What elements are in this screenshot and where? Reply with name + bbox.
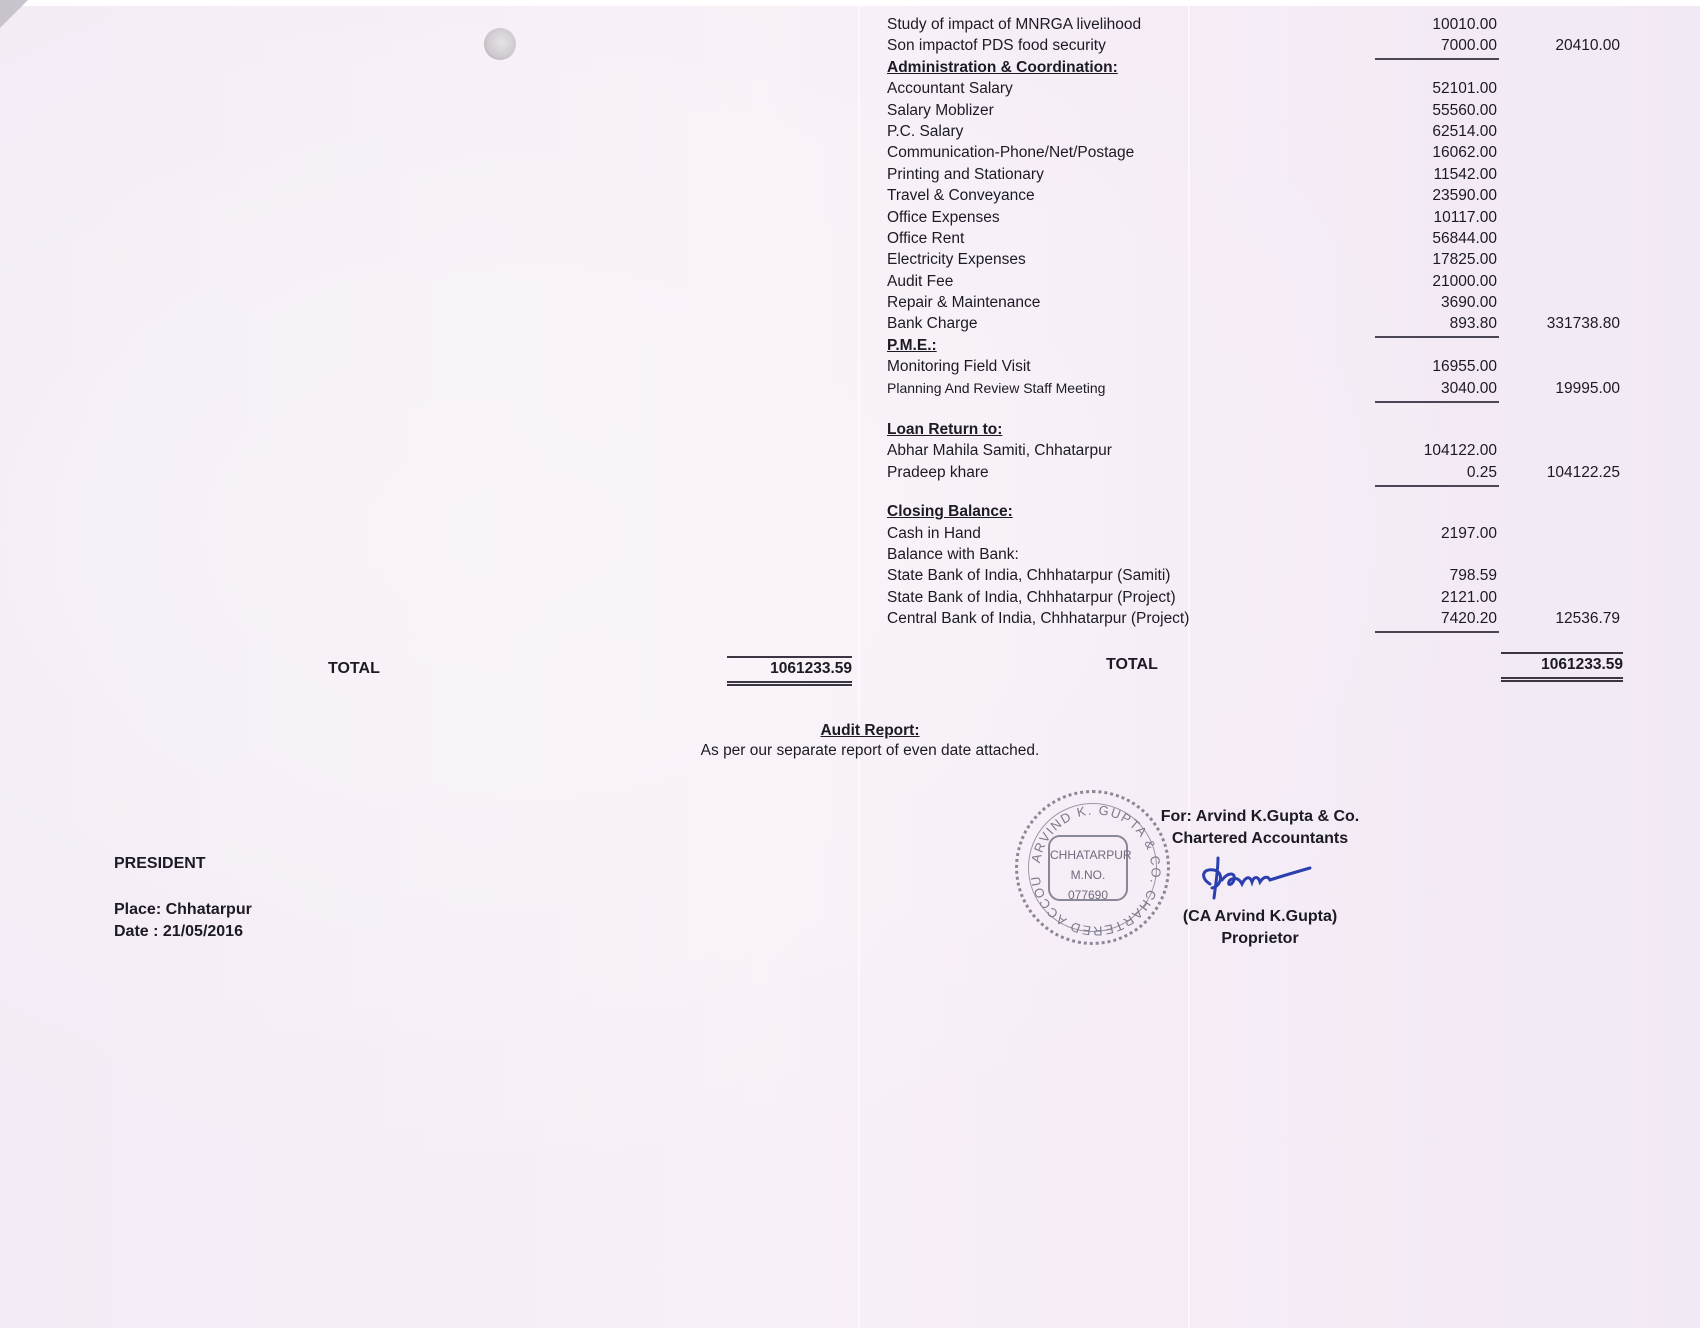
expenditure-ledger: Study of impact of MNRGA livelihood10010…: [887, 14, 1647, 630]
firm-name: For: Arvind K.Gupta & Co.: [1150, 806, 1370, 828]
row-label: P.C. Salary: [887, 121, 963, 142]
ledger-row: Study of impact of MNRGA livelihood10010…: [887, 14, 1647, 35]
seal-city: CHHATARPUR: [1050, 845, 1126, 865]
row-subtotal: 12536.79: [1555, 608, 1620, 629]
auditor-seal-icon: ARVIND K. GUPTA & CO. CHARTERED ACCOUNTA…: [1015, 790, 1170, 945]
ledger-row: P.C. Salary62514.00: [887, 121, 1647, 142]
ledger-row: State Bank of India, Chhhatarpur (Projec…: [887, 587, 1647, 608]
seal-member-number: M.NO. 077690: [1050, 865, 1126, 905]
signature-icon: [1150, 850, 1370, 906]
auditor-name: (CA Arvind K.Gupta): [1150, 906, 1370, 928]
row-amount: 0.25: [1467, 462, 1497, 483]
ledger-row: Planning And Review Staff Meeting3040.00…: [887, 378, 1647, 399]
row-amount: 11542.00: [1434, 164, 1498, 185]
ledger-row: Son impactof PDS food security7000.00204…: [887, 35, 1647, 56]
auditor-role: Proprietor: [1150, 928, 1370, 950]
row-amount: 893.80: [1450, 313, 1497, 334]
spacer: [887, 399, 1647, 419]
row-label: Cash in Hand: [887, 523, 981, 544]
audit-report-title: Audit Report:: [560, 722, 1180, 740]
page-bottom-edge: [0, 1328, 1700, 1333]
row-amount: 3040.00: [1441, 378, 1497, 399]
row-label: Monitoring Field Visit: [887, 356, 1031, 377]
row-amount: 10010.00: [1432, 14, 1497, 35]
row-label: Accountant Salary: [887, 78, 1013, 99]
row-amount: 2197.00: [1441, 523, 1497, 544]
place-text: Place: Chhatarpur: [114, 899, 252, 921]
spacer: [887, 483, 1647, 501]
row-label: Office Rent: [887, 228, 964, 249]
row-label: Central Bank of India, Chhhatarpur (Proj…: [887, 608, 1189, 629]
row-amount: 62514.00: [1432, 121, 1497, 142]
row-amount: 2121.00: [1441, 587, 1497, 608]
section-title: Loan Return to:: [887, 419, 1002, 440]
firm-designation: Chartered Accountants: [1150, 828, 1370, 850]
total-label-left: TOTAL: [328, 660, 380, 678]
row-label: Electricity Expenses: [887, 249, 1026, 270]
row-amount: 21000.00: [1432, 271, 1497, 292]
audit-report-text: As per our separate report of even date …: [701, 742, 1040, 759]
row-label: Office Expenses: [887, 207, 1000, 228]
ledger-row: Bank Charge893.80331738.80: [887, 313, 1647, 334]
punch-hole-icon: [484, 28, 516, 60]
row-label: Bank Charge: [887, 313, 977, 334]
row-label: State Bank of India, Chhhatarpur (Projec…: [887, 587, 1176, 608]
total-label-right: TOTAL: [1106, 656, 1158, 674]
row-amount: 17825.00: [1432, 249, 1497, 270]
row-label: Balance with Bank:: [887, 544, 1019, 565]
page-corner-shadow: [0, 0, 28, 28]
row-subtotal: 19995.00: [1555, 378, 1620, 399]
row-amount: 3690.00: [1441, 292, 1497, 313]
seal-center: CHHATARPUR M.NO. 077690: [1048, 835, 1128, 901]
ledger-row: State Bank of India, Chhhatarpur (Samiti…: [887, 565, 1647, 586]
ledger-row: Travel & Conveyance23590.00: [887, 185, 1647, 206]
section-title: Closing Balance:: [887, 501, 1013, 522]
ledger-row: Office Expenses10117.00: [887, 207, 1647, 228]
ledger-row: Accountant Salary52101.00: [887, 78, 1647, 99]
auditor-signatory: For: Arvind K.Gupta & Co. Chartered Acco…: [1150, 806, 1370, 950]
row-amount: 7420.20: [1441, 608, 1497, 629]
total-value-left: 1061233.59: [727, 656, 852, 681]
row-label: Communication-Phone/Net/Postage: [887, 142, 1134, 163]
president-signatory: PRESIDENT Place: Chhatarpur Date : 21/05…: [114, 855, 252, 943]
row-label: Audit Fee: [887, 271, 953, 292]
ledger-row: Cash in Hand2197.00: [887, 523, 1647, 544]
date-text: Date : 21/05/2016: [114, 921, 252, 943]
ledger-row: Monitoring Field Visit16955.00: [887, 356, 1647, 377]
row-amount: 798.59: [1450, 565, 1497, 586]
row-subtotal: 331738.80: [1547, 313, 1620, 334]
page-fold-line: [858, 0, 860, 1333]
row-label: Pradeep khare: [887, 462, 989, 483]
row-label: Salary Moblizer: [887, 100, 994, 121]
total-value-right: 1061233.59: [1501, 652, 1623, 677]
row-amount: 104122.00: [1424, 440, 1497, 461]
row-amount: 23590.00: [1432, 185, 1497, 206]
ledger-row: Audit Fee21000.00: [887, 271, 1647, 292]
section-heading: Administration & Coordination:: [887, 57, 1647, 78]
row-amount: 52101.00: [1432, 78, 1497, 99]
row-amount: 10117.00: [1434, 207, 1498, 228]
section-heading: P.M.E.:: [887, 335, 1647, 356]
audit-report: Audit Report: As per our separate report…: [560, 722, 1180, 760]
row-subtotal: 104122.25: [1547, 462, 1620, 483]
section-title: Administration & Coordination:: [887, 57, 1118, 78]
row-amount: 56844.00: [1432, 228, 1497, 249]
section-title: P.M.E.:: [887, 335, 937, 356]
ledger-row: Pradeep khare0.25104122.25: [887, 462, 1647, 483]
section-heading: Closing Balance:: [887, 501, 1647, 522]
section-heading: Loan Return to:: [887, 419, 1647, 440]
row-label: Abhar Mahila Samiti, Chhatarpur: [887, 440, 1112, 461]
page-top-edge: [0, 0, 1700, 6]
row-label: Repair & Maintenance: [887, 292, 1040, 313]
ledger-row: Repair & Maintenance3690.00: [887, 292, 1647, 313]
row-label: Son impactof PDS food security: [887, 35, 1106, 56]
row-amount: 16955.00: [1432, 356, 1497, 377]
ledger-row: Salary Moblizer55560.00: [887, 100, 1647, 121]
row-label: State Bank of India, Chhhatarpur (Samiti…: [887, 565, 1170, 586]
ledger-row: Balance with Bank:: [887, 544, 1647, 565]
row-label: Printing and Stationary: [887, 164, 1044, 185]
ledger-row: Central Bank of India, Chhhatarpur (Proj…: [887, 608, 1647, 629]
scanned-page: Study of impact of MNRGA livelihood10010…: [0, 0, 1700, 1333]
ledger-row: Electricity Expenses17825.00: [887, 249, 1647, 270]
ledger-row: Printing and Stationary11542.00: [887, 164, 1647, 185]
row-amount: 55560.00: [1432, 100, 1497, 121]
row-label: Planning And Review Staff Meeting: [887, 378, 1105, 399]
president-title: PRESIDENT: [114, 855, 252, 873]
row-subtotal: 20410.00: [1555, 35, 1620, 56]
row-amount: 16062.00: [1432, 142, 1497, 163]
ledger-row: Communication-Phone/Net/Postage16062.00: [887, 142, 1647, 163]
row-label: Study of impact of MNRGA livelihood: [887, 14, 1141, 35]
row-amount: 7000.00: [1441, 35, 1497, 56]
ledger-row: Office Rent56844.00: [887, 228, 1647, 249]
row-label: Travel & Conveyance: [887, 185, 1035, 206]
ledger-row: Abhar Mahila Samiti, Chhatarpur104122.00: [887, 440, 1647, 461]
